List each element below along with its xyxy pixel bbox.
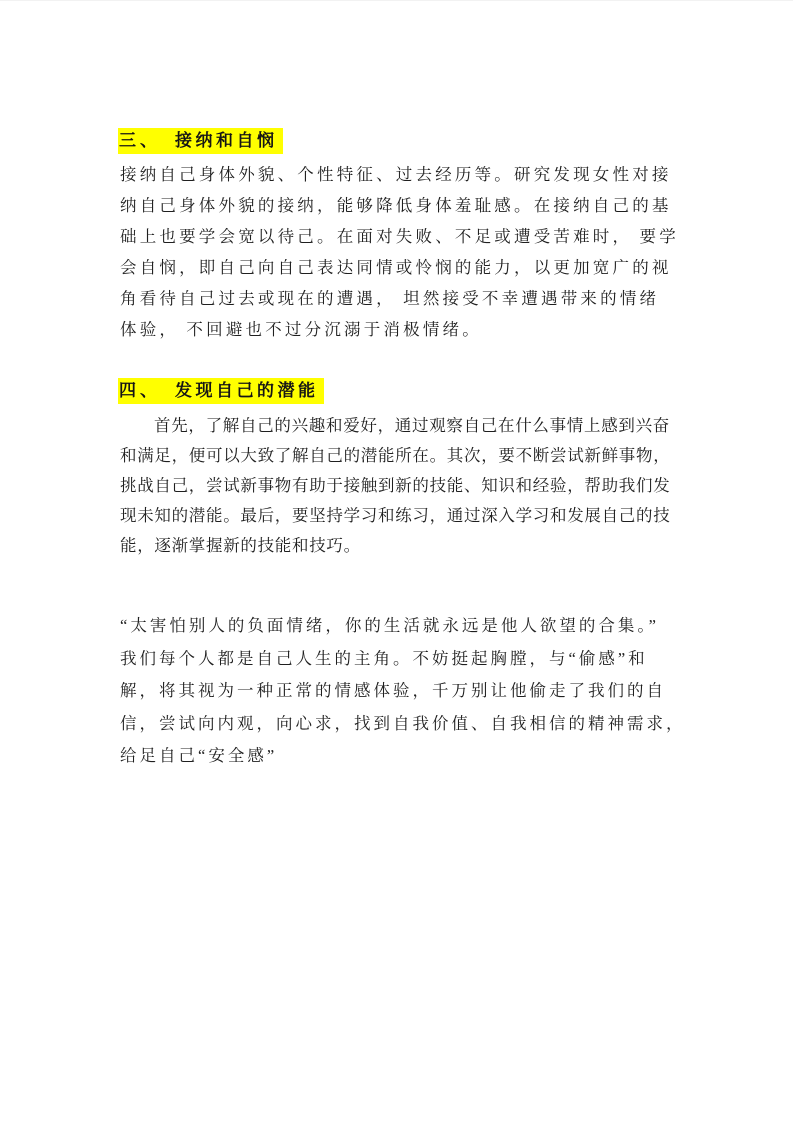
text-line: 和满足，便可以大致了解自己的潜能所在。其次，要不断尝试新鲜事物， [120, 441, 676, 471]
text-line: 体验， 不回避也不过分沉溺于消极情绪。 [120, 314, 676, 345]
heading2-number: 四、 [119, 381, 161, 400]
text-line: 接纳自己身体外貌、个性特征、过去经历等。研究发现女性对接 [120, 159, 676, 190]
text-line: 我们每个人都是自己人生的主角。不妨挺起胸膛，与“偷感”和 [120, 643, 676, 676]
document-page: 三、接纳和自悯 接纳自己身体外貌、个性特征、过去经历等。研究发现女性对接 纳自己… [0, 0, 793, 1122]
text-line: 现未知的潜能。最后，要坚持学习和练习，通过深入学习和发展自己的技 [120, 501, 676, 531]
section-heading-acceptance-self-compassion: 三、接纳和自悯 [118, 128, 283, 154]
paragraph-acceptance: 接纳自己身体外貌、个性特征、过去经历等。研究发现女性对接 纳自己身体外貌的接纳，… [120, 159, 676, 345]
heading2-title: 发现自己的潜能 [175, 381, 319, 400]
paragraph-potential: 首先，了解自己的兴趣和爱好，通过观察自己在什么事情上感到兴奋 和满足，便可以大致… [120, 411, 676, 561]
text-line: “太害怕别人的负面情绪，你的生活就永远是他人欲望的合集。” [120, 610, 676, 643]
text-line: 角看待自己过去或现在的遭遇， 坦然接受不幸遭遇带来的情绪 [120, 283, 676, 314]
text-line: 挑战自己，尝试新事物有助于接触到新的技能、知识和经验，帮助我们发 [120, 471, 676, 501]
text-line: 信，尝试向内观，向心求，找到自我价值、自我相信的精神需求， [120, 708, 676, 741]
text-line: 解，将其视为一种正常的情感体验，千万别让他偷走了我们的自 [120, 675, 676, 708]
text-line: 能，逐渐掌握新的技能和技巧。 [120, 531, 676, 561]
paragraph-closing-quote: “太害怕别人的负面情绪，你的生活就永远是他人欲望的合集。” 我们每个人都是自己人… [120, 610, 676, 773]
text-line: 纳自己身体外貌的接纳，能够降低身体羞耻感。在接纳自己的基 [120, 190, 676, 221]
text-line: 给足自己“安全感” [120, 740, 676, 773]
section-heading-discover-potential: 四、发现自己的潜能 [118, 378, 324, 404]
text-line: 首先，了解自己的兴趣和爱好，通过观察自己在什么事情上感到兴奋 [120, 411, 676, 441]
text-line: 础上也要学会宽以待己。在面对失败、不足或遭受苦难时， 要学 [120, 221, 676, 252]
heading1-title: 接纳和自悯 [175, 131, 278, 150]
text-line: 会自悯，即自己向自己表达同情或怜悯的能力，以更加宽广的视 [120, 252, 676, 283]
heading1-number: 三、 [119, 131, 161, 150]
